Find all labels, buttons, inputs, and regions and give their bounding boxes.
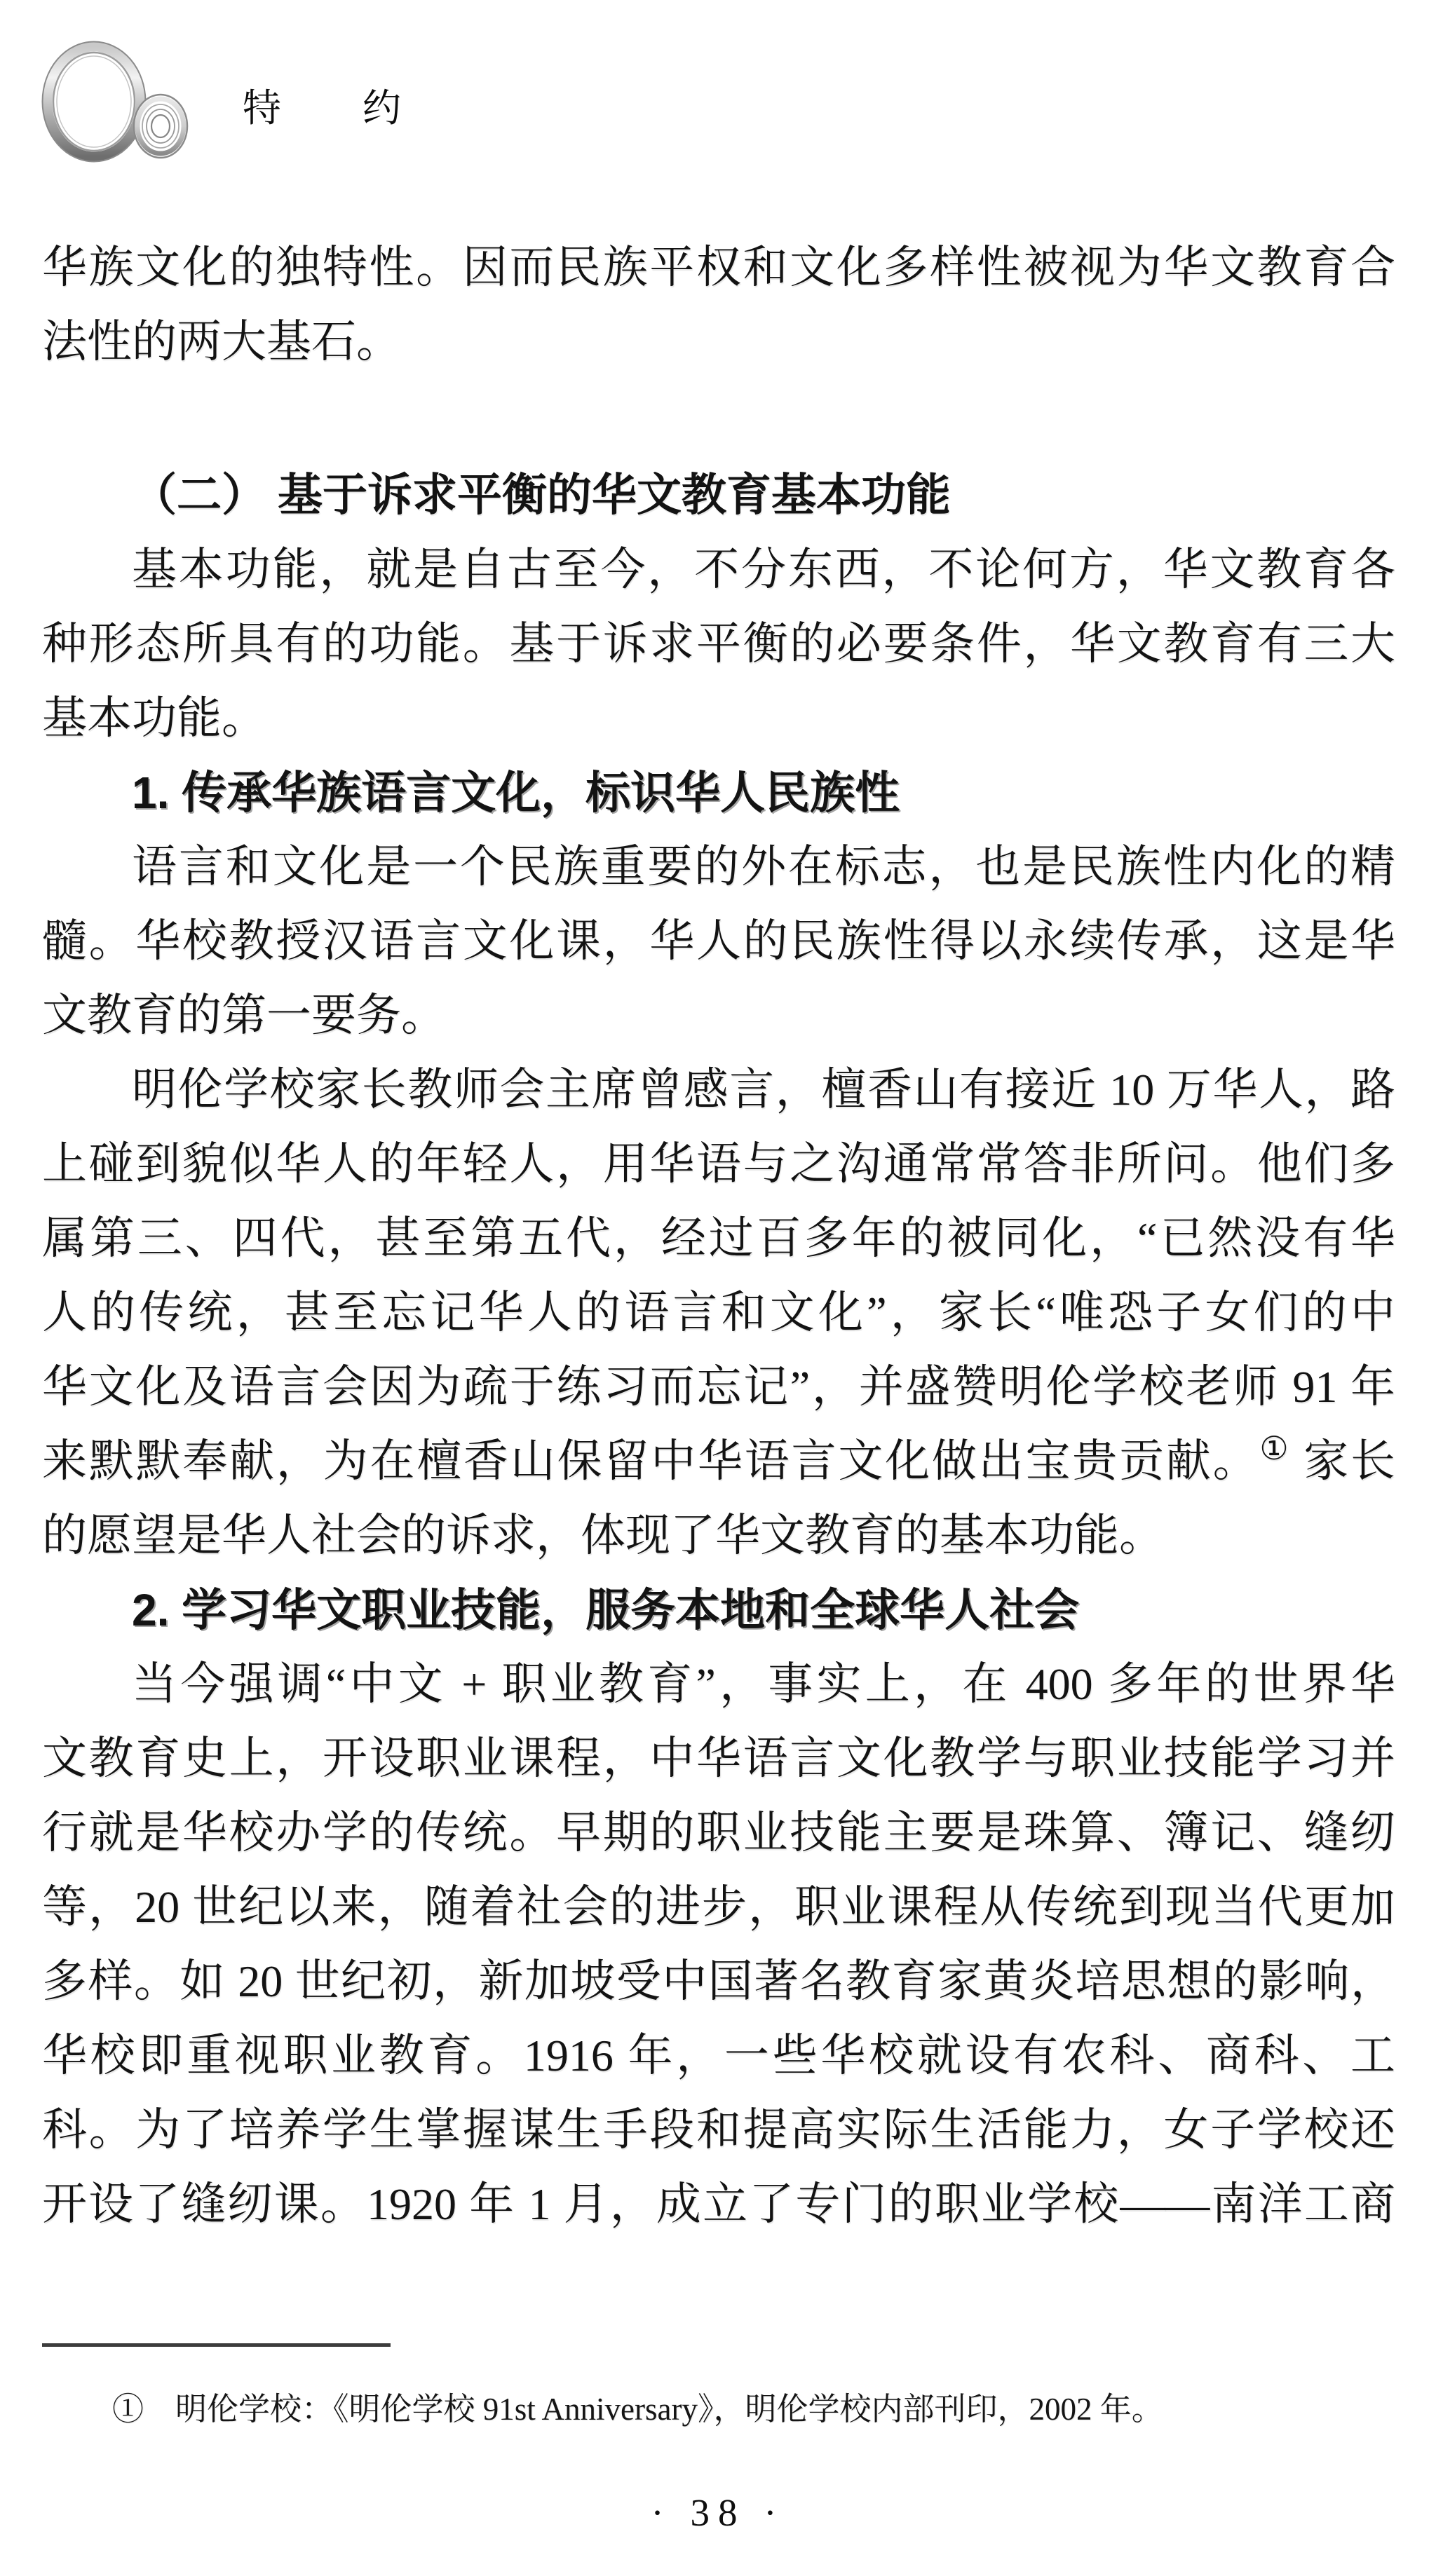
footnote-divider	[42, 2343, 391, 2347]
text-line: 文教育史上，开设职业课程，中华语言文化教学与职业技能学习并	[42, 1722, 1395, 1796]
text-line: 科。为了培养学生掌握谋生手段和提高实际生活能力，女子学校还	[42, 2093, 1395, 2167]
text-line: 基本功能，就是自古至今，不分东西，不论何方，华文教育各	[42, 533, 1395, 607]
text-line: 华校即重视职业教育。1916 年，一些华校就设有农科、商科、工	[42, 2019, 1395, 2093]
intro-paragraph: 华族文化的独特性。因而民族平权和文化多样性被视为华文教育合法性的两大基石。	[42, 231, 1395, 379]
text-line: 文教育的第一要务。	[42, 979, 1395, 1053]
page-number: · 38 ·	[0, 2493, 1436, 2533]
text-line: 明伦学校家长教师会主席曾感言，檀香山有接近 10 万华人，路	[42, 1053, 1395, 1127]
text-line: 上碰到貌似华人的年轻人，用华语与之沟通常常答非所问。他们多	[42, 1127, 1395, 1201]
text-line: 法性的两大基石。	[42, 305, 1395, 379]
footnote-text: ① 明伦学校：《明伦学校 91st Anniversary》，明伦学校内部刊印，…	[42, 2389, 1395, 2430]
small-ring	[134, 95, 187, 158]
text-line: 种形态所具有的功能。基于诉求平衡的必要条件，华文教育有三大	[42, 607, 1395, 681]
text-line: 来默默奉献，为在檀香山保留中华语言文化做出宝贵贡献。① 家长	[42, 1424, 1395, 1499]
scanned-journal-page: 特 约 华族文化的独特性。因而民族平权和文化多样性被视为华文教育合法性的两大基石…	[0, 0, 1436, 2576]
heading-line: （二） 基于诉求平衡的华文教育基本功能	[42, 458, 1395, 533]
text-line: 属第三、四代，甚至第五代，经过百多年的被同化，“已然没有华	[42, 1201, 1395, 1276]
heading-line: 2. 学习华文职业技能，服务本地和全球华人社会	[42, 1573, 1395, 1647]
text-line: 多样。如 20 世纪初，新加坡受中国著名教育家黄炎培思想的影响，	[42, 1944, 1395, 2019]
heading-line: 1. 传承华族语言文化，标识华人民族性	[42, 756, 1395, 830]
footnote-ref-mark: ①	[1259, 1431, 1290, 1466]
large-ring	[43, 42, 145, 161]
text-line: 华文化及语言会因为疏于练习而忘记”，并盛赞明伦学校老师 91 年	[42, 1350, 1395, 1424]
article-sections: （二） 基于诉求平衡的华文教育基本功能基本功能，就是自古至今，不分东西，不论何方…	[42, 458, 1395, 2242]
text-line: 基本功能。	[42, 681, 1395, 756]
page-header: 特 约	[36, 36, 402, 170]
text-line: 开设了缝纫课。1920 年 1 月，成立了专门的职业学校——南洋工商	[42, 2167, 1395, 2242]
text-line: 当今强调“中文 + 职业教育”，事实上，在 400 多年的世界华	[42, 1647, 1395, 1722]
text-line: 华族文化的独特性。因而民族平权和文化多样性被视为华文教育合	[42, 231, 1395, 305]
article-body: 华族文化的独特性。因而民族平权和文化多样性被视为华文教育合法性的两大基石。 （二…	[42, 231, 1395, 2242]
text-line: 等，20 世纪以来，随着社会的进步，职业课程从传统到现当代更加	[42, 1870, 1395, 1944]
column-category-label: 特 约	[243, 87, 402, 129]
text-line: 语言和文化是一个民族重要的外在标志，也是民族性内化的精	[42, 830, 1395, 904]
text-line: 髓。华校教授汉语言文化课，华人的民族性得以永续传承，这是华	[42, 904, 1395, 979]
text-line: 的愿望是华人社会的诉求，体现了华文教育的基本功能。	[42, 1499, 1395, 1573]
double-ring-logo-icon	[36, 36, 198, 170]
text-line: 人的传统，甚至忘记华人的语言和文化”，家长“唯恐子女们的中	[42, 1276, 1395, 1350]
text-line: 行就是华校办学的传统。早期的职业技能主要是珠算、簿记、缝纫	[42, 1796, 1395, 1870]
